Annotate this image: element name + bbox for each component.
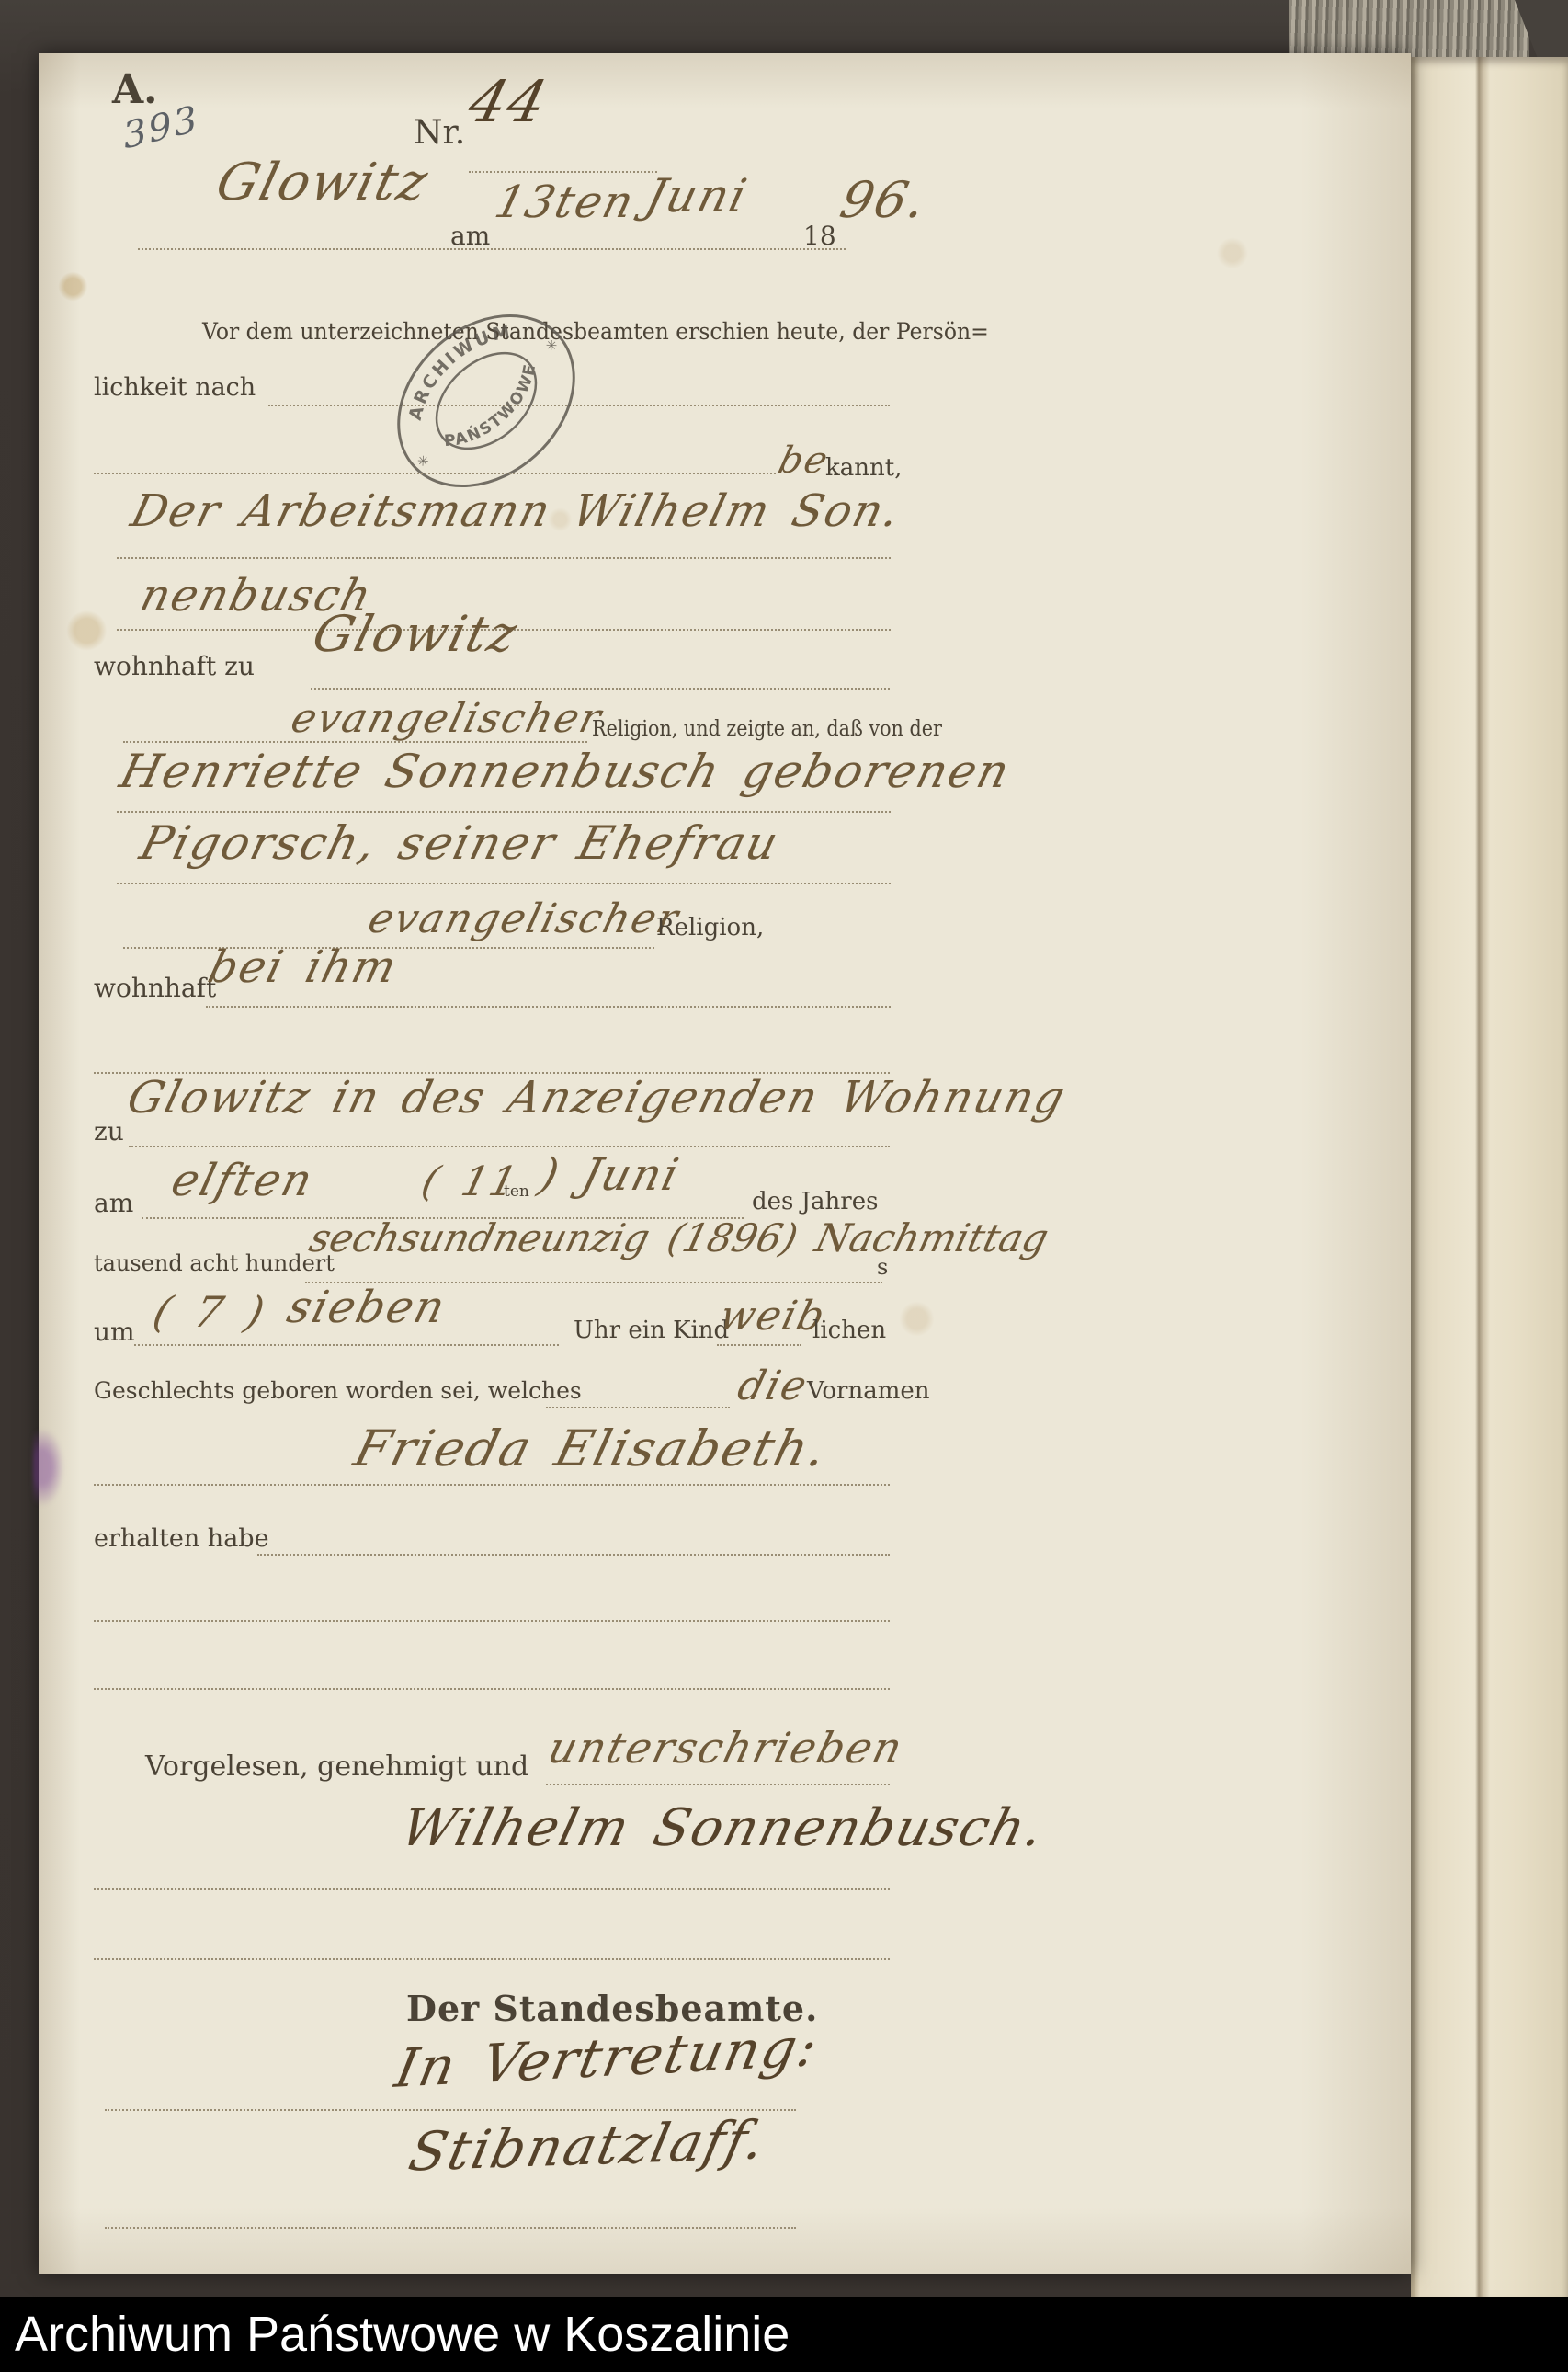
am-label: am (450, 221, 490, 251)
geschlechts-line-label: Geschlechts geboren worden sei, welches (94, 1377, 582, 1404)
dotted-line (94, 473, 776, 474)
dotted-line (717, 1344, 801, 1346)
archive-footer-bar: Archiwum Państwowe w Koszalinie (0, 2297, 1568, 2372)
erhalten-habe-label: erhalten habe (94, 1524, 269, 1553)
ink-stain (33, 1428, 64, 1507)
dotted-line (94, 1958, 890, 1960)
hour-word-handwritten: sieben (282, 1282, 451, 1333)
vornamen-label: Vornamen (807, 1377, 930, 1405)
dotted-line (117, 811, 891, 813)
hour-numeric-handwritten: ( 7 ) (148, 1287, 271, 1337)
dotted-line (94, 1688, 890, 1690)
date-day-handwritten: 13ten (490, 177, 641, 228)
archive-name-label: Archiwum Państwowe w Koszalinie (15, 2297, 790, 2372)
dotted-line (469, 171, 657, 173)
declarant-residence: Glowitz (307, 605, 524, 663)
um-label: um (94, 1317, 135, 1347)
dotted-line (94, 1484, 890, 1486)
dotted-line (546, 1407, 730, 1408)
intro-line-2-label: lichkeit nach (94, 373, 256, 402)
birth-place-handwritten: Glowitz in des Anzeigenden Wohnung (122, 1072, 1072, 1123)
stamp-text-bottom: PAŃSTWOWE (435, 354, 555, 467)
mother-religion-handwritten: evangelischer (364, 895, 685, 942)
dotted-line (206, 1006, 891, 1008)
dotted-line (257, 1554, 890, 1556)
year-century-printed: 18 (803, 221, 836, 251)
dotted-line (117, 883, 891, 884)
mother-name-line-1: Henriette Sonnenbusch geborenen (115, 745, 1017, 798)
dotted-line (138, 248, 846, 250)
dotted-line (546, 1784, 890, 1785)
form-corner-letter: A. (112, 66, 157, 113)
religion-zeigte-an-printed: Religion, und zeigte an, daß von der (592, 717, 942, 741)
dotted-line (123, 741, 587, 743)
declarant-religion-handwritten: evangelischer (287, 695, 608, 742)
birth-month-handwritten: ) Juni (534, 1149, 685, 1201)
birth-day-word-handwritten: elften (166, 1155, 319, 1206)
dotted-line (94, 1888, 890, 1890)
unterschrieben-handwritten: unterschrieben (543, 1723, 909, 1773)
svg-text:PAŃSTWOWE: PAŃSTWOWE (435, 354, 555, 467)
mother-religion-printed: Religion, (656, 914, 764, 941)
zu-label: zu (94, 1116, 124, 1146)
dotted-line (94, 1620, 890, 1622)
stamp-star-right-icon: ✳ (542, 336, 562, 356)
official-signature-line-2: Stibnatzlaff. (403, 2108, 772, 2183)
declarant-signature: Wilhelm Sonnenbusch. (395, 1798, 1051, 1858)
intro-line-1: Vor dem unterzeichneten Standesbeamten e… (202, 318, 989, 345)
dotted-line (117, 557, 891, 559)
year-handwritten: 96. (835, 171, 934, 229)
date-month-handwritten: Juni (641, 169, 754, 222)
dotted-line (134, 1344, 559, 1346)
place-handwritten: Glowitz (210, 153, 435, 212)
record-number-label: Nr. (414, 114, 465, 152)
stamp-inner-ellipse (418, 334, 554, 467)
am-day-label: am (94, 1188, 133, 1218)
des-jahres-label: des Jahres (752, 1188, 878, 1215)
dotted-line (311, 688, 890, 690)
adjacent-page-edge (1411, 57, 1568, 2297)
bekannt-printed: kannt, (825, 454, 902, 482)
vorgelesen-label: Vorgelesen, genehmigt und (145, 1750, 528, 1783)
dotted-line (129, 1146, 890, 1147)
birth-record-page: A. 393 Nr. 44 Glowitz am 13ten Juni 18 9… (39, 53, 1411, 2274)
child-name-handwritten: Frieda Elisabeth. (348, 1420, 834, 1477)
mother-residence-handwritten: bei ihm (203, 941, 403, 993)
declarant-name-line-1: Der Arbeitsmann Wilhelm Son. (126, 485, 906, 537)
mother-name-line-2: Pigorsch, seiner Ehefrau (135, 816, 785, 870)
ten-suffix-printed: ten (504, 1182, 529, 1201)
lichen-suffix-label: lichen (812, 1317, 886, 1344)
wohnhaft-zu-label: wohnhaft zu (94, 651, 255, 681)
tausend-label: tausend acht hundert (94, 1250, 335, 1276)
record-number-value: 44 (462, 68, 555, 135)
birth-year-handwritten: sechsundneunzig (1896) Nachmittag (305, 1215, 1053, 1260)
article-die-handwritten: die (733, 1363, 813, 1409)
wohnhaft-label: wohnhaft (94, 973, 216, 1003)
s-suffix-printed: s (877, 1254, 888, 1280)
dotted-line (105, 2227, 796, 2229)
uhr-ein-kind-label: Uhr ein Kind (574, 1317, 729, 1344)
scanned-register-view: A. 393 Nr. 44 Glowitz am 13ten Juni 18 9… (0, 0, 1568, 2372)
